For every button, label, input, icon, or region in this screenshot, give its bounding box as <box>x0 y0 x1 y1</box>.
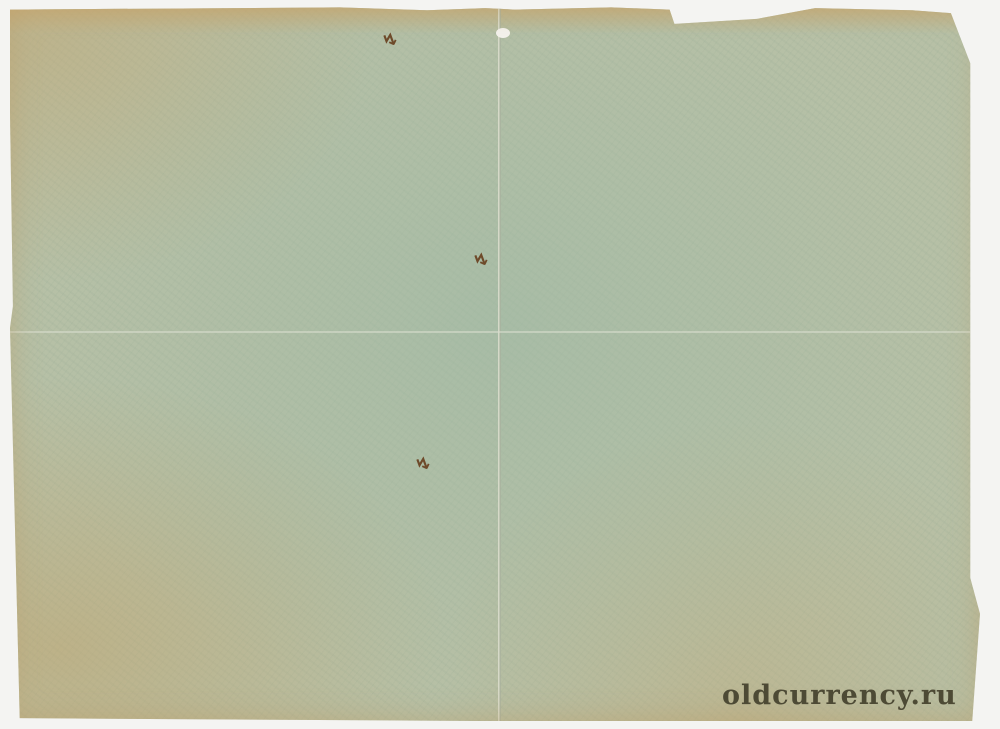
site-watermark: oldcurrency.ru <box>722 680 957 711</box>
horizontal-fold-line <box>10 331 980 333</box>
torn-top-edge <box>10 6 980 34</box>
perforated-edge <box>976 96 982 236</box>
vertical-fold-line <box>498 6 501 721</box>
paper-sheet <box>10 6 980 721</box>
paper-hole <box>496 28 510 38</box>
